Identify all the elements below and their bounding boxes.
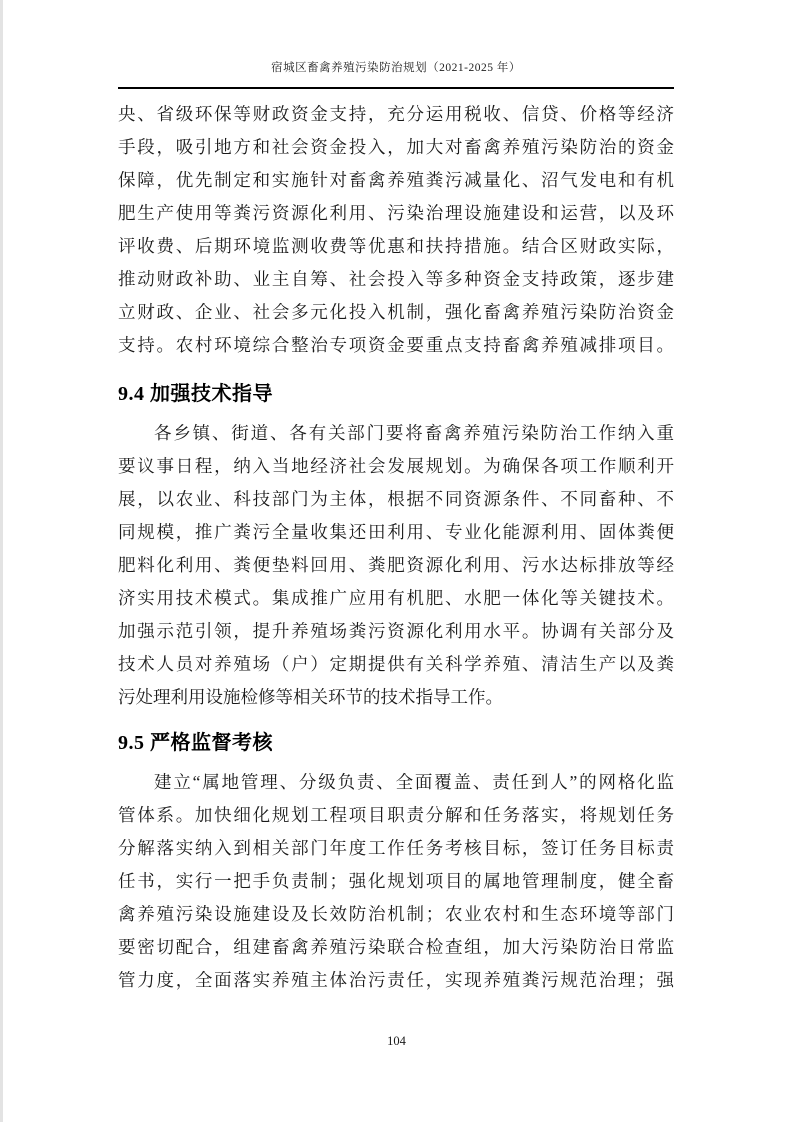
section-heading-9-4: 9.4 加强技术指导: [118, 381, 674, 408]
text-line: 技术人员对养殖场（户）定期提供有关科学养殖、清洁生产以及粪: [118, 648, 674, 681]
text-line: 手段，吸引地方和社会资金投入，加大对畜禽养殖污染防治的资金: [118, 131, 674, 164]
text-line: 支持。农村环境综合整治专项资金要重点支持畜禽养殖减排项目。: [118, 329, 674, 362]
text-line: 展，以农业、科技部门为主体，根据不同资源条件、不同畜种、不: [118, 483, 674, 516]
text-line: 污处理利用设施检修等相关环节的技术指导工作。: [118, 681, 674, 714]
paragraph-technical-guidance: 各乡镇、街道、各有关部门要将畜禽养殖污染防治工作纳入重 要议事日程，纳入当地经济…: [118, 417, 674, 714]
section-heading-9-5: 9.5 严格监督考核: [118, 730, 674, 757]
text-line: 建立“属地管理、分级负责、全面覆盖、责任到人”的网格化监: [118, 766, 674, 799]
text-line: 要密切配合，组建畜禽养殖污染联合检查组，加大污染防治日常监: [118, 931, 674, 964]
paragraph-supervision-assessment: 建立“属地管理、分级负责、全面覆盖、责任到人”的网格化监 管体系。加快细化规划工…: [118, 766, 674, 997]
text-line: 济实用技术模式。集成推广应用有机肥、水肥一体化等关键技术。: [118, 582, 674, 615]
text-line: 加强示范引领，提升养殖场粪污资源化利用水平。协调有关部分及: [118, 615, 674, 648]
page-content: 宿城区畜禽养殖污染防治规划（2021-2025 年） 央、省级环保等财政资金支持…: [118, 60, 674, 997]
text-line: 立财政、企业、社会多元化投入机制，强化畜禽养殖污染防治资金: [118, 296, 674, 329]
text-line: 分解落实纳入到相关部门年度工作任务考核目标，签订任务目标责: [118, 832, 674, 865]
page-number: 104: [0, 1033, 793, 1049]
text-line: 同规模，推广粪污全量收集还田利用、专业化能源利用、固体粪便: [118, 516, 674, 549]
text-line: 管力度，全面落实养殖主体治污责任，实现养殖粪污规范治理；强: [118, 964, 674, 997]
text-line: 要议事日程，纳入当地经济社会发展规划。为确保各项工作顺利开: [118, 450, 674, 483]
text-line: 禽养殖污染设施建设及长效防治机制；农业农村和生态环境等部门: [118, 898, 674, 931]
text-line: 管体系。加快细化规划工程项目职责分解和任务落实，将规划任务: [118, 799, 674, 832]
text-line: 央、省级环保等财政资金支持，充分运用税收、信贷、价格等经济: [118, 98, 674, 131]
document-page: 宿城区畜禽养殖污染防治规划（2021-2025 年） 央、省级环保等财政资金支持…: [0, 0, 793, 1122]
running-header: 宿城区畜禽养殖污染防治规划（2021-2025 年）: [118, 60, 674, 89]
paragraph-funding-support: 央、省级环保等财政资金支持，充分运用税收、信贷、价格等经济 手段，吸引地方和社会…: [118, 98, 674, 362]
text-line: 保障，优先制定和实施针对畜禽养殖粪污减量化、沼气发电和有机: [118, 164, 674, 197]
text-line: 评收费、后期环境监测收费等优惠和扶持措施。结合区财政实际，: [118, 230, 674, 263]
text-line: 肥料化利用、粪便垫料回用、粪肥资源化利用、污水达标排放等经: [118, 549, 674, 582]
text-line: 肥生产使用等粪污资源化利用、污染治理设施建设和运营，以及环: [118, 197, 674, 230]
text-line: 推动财政补助、业主自筹、社会投入等多种资金支持政策，逐步建: [118, 263, 674, 296]
running-header-title: 宿城区畜禽养殖污染防治规划（2021-2025 年）: [271, 62, 521, 74]
text-line: 任书，实行一把手负责制；强化规划项目的属地管理制度，健全畜: [118, 865, 674, 898]
page-left-edge: [0, 0, 3, 1122]
text-line: 各乡镇、街道、各有关部门要将畜禽养殖污染防治工作纳入重: [118, 417, 674, 450]
